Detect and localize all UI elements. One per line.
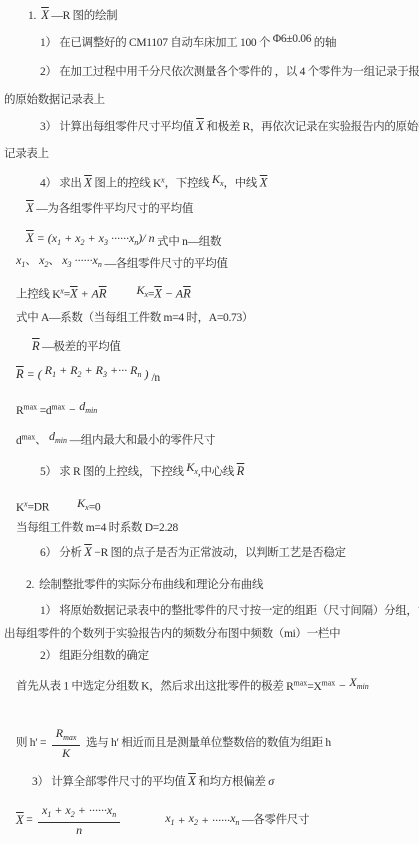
base-text: n — [76, 823, 82, 837]
superscript: max — [294, 678, 308, 687]
base-text: σ — [268, 774, 274, 788]
fraction-denominator: K — [62, 746, 70, 760]
base-text: 3） 计算全部零件尺寸的平均值 — [32, 776, 188, 788]
document-line: 当每组工件数 m=4 时系数 D=2.28 — [16, 521, 178, 536]
math-segment: = ( — [34, 231, 52, 245]
math-segment: +··· — [107, 363, 130, 377]
base-text: —为各组零件平均尺寸的平均值 — [34, 203, 193, 215]
base-text: X — [26, 231, 34, 245]
superscript: max — [23, 402, 37, 411]
overline-term: X — [41, 8, 49, 22]
base-text: 2） 组距分组数的确定 — [40, 650, 149, 662]
document-line: 1） 在已调整好的 CM1107 自动车床加工 100 个 Φ6±0.06 的轴 — [40, 36, 336, 51]
text-segment: =Xmax — [307, 681, 335, 693]
text-segment: 1） 在已调整好的 CM1107 自动车床加工 100 个 — [40, 37, 273, 49]
spacer — [123, 820, 165, 821]
overline-term: X — [196, 119, 204, 133]
base-text: − — [162, 287, 176, 301]
document-line: 出每组零件的个数列于实验报告内的频数分布图中频数（mi）一栏中 — [4, 627, 340, 642]
base-text: 、 — [25, 255, 39, 267]
base-text: + — [85, 231, 99, 245]
math-segment: x2 — [189, 811, 198, 830]
math-segment: R1 — [45, 363, 56, 377]
base-text: A — [176, 287, 183, 301]
base-text: + — [82, 363, 96, 377]
text-segment: 3） 计算全部零件尺寸的平均值 — [32, 776, 188, 788]
document-line: 2） 在加工过程中用千分尺依次测量各个零件的 ，以 4 个零件为一组记录于报告内 — [40, 65, 419, 80]
base-text: Φ6±0.06 — [273, 33, 312, 45]
math-segment: dmin — [79, 399, 97, 413]
document-line: 4） 求出 X 图上的控线 Kx，下控线 Kx，中线 X — [40, 172, 267, 195]
math-segment: + — [51, 803, 65, 817]
base-text: + ······ — [198, 813, 230, 827]
document-line: 3） 计算全部零件尺寸的平均值 X 和均方根偏差 σ — [32, 774, 274, 790]
text-segment: —为各组零件平均尺寸的平均值 — [34, 203, 193, 215]
text-segment: 2） 在加工过程中用千分尺依次测量各个零件的 ，以 4 个零件为一组记录于报告内 — [40, 66, 419, 78]
text-segment: 2） 组距分组数的确定 — [40, 650, 149, 662]
base-text: 的轴 — [311, 37, 336, 49]
base-text: 和均方根偏差 — [196, 776, 268, 788]
text-segment: 和均方根偏差 — [196, 776, 268, 788]
base-text: A — [91, 287, 98, 301]
base-text: + — [51, 803, 65, 817]
document-line: 6） 分析 X −R 图的点子是否为正常波动，以判断工艺是否稳定 — [40, 545, 346, 561]
text-segment: 式中 A—系数（当每组工件数 m=4 时，A=0.73） — [16, 312, 253, 324]
math-segment: + ······ — [75, 803, 107, 817]
math-segment: x2 — [65, 803, 74, 817]
text-segment: =DR — [28, 502, 50, 514]
subscript: max — [63, 733, 76, 742]
document-line: R = ( R1 + R2 + R3 +··· Rn ) /n — [16, 367, 160, 386]
text-segment: —极差的平均值 — [40, 341, 121, 353]
document-line: R —极差的平均值 — [32, 339, 121, 355]
text-segment: 1. — [28, 10, 41, 22]
math-segment: = ( — [24, 367, 45, 381]
base-text: R — [96, 363, 103, 377]
overline-term: X — [84, 545, 92, 559]
base-text: 6） 分析 — [40, 547, 84, 559]
math-segment: A — [91, 287, 98, 301]
overline-term: R — [32, 339, 40, 353]
text-segment: 3） 计算出每组零件尺寸平均值 — [40, 121, 196, 133]
base-text: X — [84, 176, 92, 190]
text-segment: 首先从表 1 中选定分组数 K，然后求出这批零件的极差 — [16, 681, 286, 693]
text-segment: 式中 n—组数 — [155, 236, 222, 248]
text-segment: ，中线 — [224, 178, 260, 190]
math-segment: x1 — [42, 803, 51, 817]
base-text: 首先从表 1 中选定分组数 K，然后求出这批零件的极差 — [16, 681, 286, 693]
base-text: X — [16, 813, 24, 827]
subscript: min — [85, 406, 97, 415]
fraction-numerator: Rmax — [52, 727, 81, 746]
base-text: K — [62, 746, 70, 760]
document-line: 的原始数据记录表上 — [4, 93, 105, 108]
text-segment: —组内最大和最小的零件尺寸 — [67, 435, 215, 447]
text-segment: 1） 将原始数据记录表中的整批零件的尺寸按一定的组距（尺寸间隔）分组，计算 — [40, 605, 419, 617]
base-text: 则 h′ = — [16, 737, 49, 749]
text-segment: 上控线 — [16, 289, 52, 301]
base-text: X — [349, 675, 356, 689]
base-text: R — [183, 287, 191, 301]
overline-term: X — [16, 813, 24, 828]
base-text: K — [212, 172, 220, 186]
math-segment: x2 — [75, 231, 84, 245]
base-text: 图上的控线 — [92, 178, 153, 190]
base-text: =DR — [28, 502, 50, 514]
document-line: 1） 将原始数据记录表中的整批零件的尺寸按一定的组距（尺寸间隔）分组，计算 — [40, 604, 419, 619]
overline-term: R — [16, 367, 24, 381]
base-text: +··· — [107, 363, 130, 377]
text-segment: 、 — [48, 255, 62, 267]
base-text: K — [16, 502, 24, 514]
base-text: X — [41, 8, 49, 22]
math-segment: + — [82, 363, 96, 377]
math-segment: x1 — [16, 253, 25, 267]
document-line: 上控线 Kx=X + ARKx=X − AR — [16, 283, 191, 306]
document-line: x1、 x2、 x3 ······xn —各组零件尺寸的平均值 — [16, 253, 228, 272]
math-segment: + — [85, 231, 99, 245]
subscript: x — [144, 290, 148, 299]
math-segment: + — [61, 231, 75, 245]
text-segment: 和极差 R，再依次记录在实验报告内的原始数据 — [204, 121, 419, 133]
base-text: 出每组零件的个数列于实验报告内的频数分布图中频数（mi）一栏中 — [4, 628, 340, 640]
text-segment: 选与 h′ 相近而且是测量单位整数倍的数值为组距 h — [83, 736, 330, 751]
base-text: K — [52, 289, 60, 301]
base-text: =d — [37, 405, 51, 417]
base-text: ······ — [108, 231, 129, 245]
overline-term: R — [237, 464, 245, 478]
math-segment: − — [335, 679, 349, 693]
text-segment: Rmax — [16, 405, 37, 417]
subscript: x — [194, 467, 198, 476]
text-segment: —各零件尺寸 — [239, 813, 309, 828]
math-segment: σ — [268, 774, 274, 788]
base-text: 5） 求 R 图的上控线，下控线 — [40, 466, 186, 478]
math-segment: Rmax — [56, 726, 77, 740]
text-segment: 图上的控线 — [92, 178, 153, 190]
math-segment: n — [76, 823, 82, 837]
base-text: = ( — [24, 367, 45, 381]
text-segment: —各组零件尺寸的平均值 — [102, 258, 228, 270]
overline-term: X — [84, 176, 92, 190]
base-text: R — [286, 681, 293, 693]
document-line: 5） 求 R 图的上控线，下控线 Kx,中心线 R — [40, 464, 244, 483]
superscript: max — [322, 678, 336, 687]
text-segment: ,中心线 — [198, 466, 237, 478]
text-segment: Kx — [16, 502, 28, 514]
document-line: 2. 绘制整批零件的实际分布曲线和理论分布曲线 — [26, 578, 263, 593]
base-text: 、 — [48, 255, 62, 267]
base-text: ······ — [72, 253, 93, 267]
text-segment: dmax — [16, 435, 35, 447]
document-line: 记录表上 — [4, 147, 49, 162]
math-segment: xn — [93, 253, 102, 267]
text-segment: —R 图的绘制 — [49, 10, 118, 22]
text-segment: 、 — [25, 255, 39, 267]
math-segment: ······ — [108, 231, 129, 245]
overline-term: X — [154, 287, 162, 301]
base-text: 的原始数据记录表上 — [4, 94, 105, 106]
document-line: X = (x1 + x2 + x3 ······xn)/ n 式中 n—组数 — [26, 231, 221, 250]
text-segment: ，下控线 — [165, 178, 212, 190]
base-text: 2. 绘制整批零件的实际分布曲线和理论分布曲线 — [26, 579, 263, 591]
base-text: 、 — [35, 435, 49, 447]
superscript: max — [51, 402, 65, 411]
base-text: K — [153, 178, 161, 190]
math-segment: )/ n — [138, 231, 154, 245]
base-text: X — [70, 287, 78, 301]
math-segment: + — [175, 813, 189, 828]
math-segment: xn — [230, 811, 239, 830]
base-text: − — [335, 679, 349, 693]
overline-term: R — [183, 287, 191, 301]
base-text: —各组零件尺寸的平均值 — [102, 258, 228, 270]
base-text: /n — [151, 372, 159, 384]
text-segment: 当每组工件数 m=4 时系数 D=2.28 — [16, 522, 178, 534]
base-text: X — [196, 119, 204, 133]
base-text: ，下控线 — [165, 178, 212, 190]
document-line: 式中 A—系数（当每组工件数 m=4 时，A=0.73） — [16, 311, 253, 326]
base-text: 1. — [28, 10, 41, 22]
base-text: ,中心线 — [198, 466, 237, 478]
math-segment: Rn — [130, 363, 141, 377]
math-segment: x1 — [165, 811, 174, 830]
text-segment: 的原始数据记录表上 — [4, 94, 105, 106]
overline-term: R — [99, 287, 107, 301]
overline-term: X — [26, 201, 34, 215]
math-segment: ······ — [72, 253, 93, 267]
text-segment: 则 h′ = — [16, 736, 49, 751]
spacer — [49, 510, 77, 511]
base-text: + — [175, 813, 189, 827]
base-text: =X — [307, 681, 321, 693]
fraction-numerator: x1 + x2 + ······xn — [38, 804, 120, 823]
base-text: 2） 在加工过程中用千分尺依次测量各个零件的 ，以 4 个零件为一组记录于报告内 — [40, 66, 419, 78]
text-segment: = — [24, 813, 35, 828]
math-segment: + — [78, 287, 92, 301]
math-segment: x3 — [62, 253, 71, 267]
superscript: max — [21, 432, 35, 441]
math-segment: R2 — [70, 363, 81, 377]
text-segment: =0 — [89, 502, 101, 514]
text-segment: /n — [151, 372, 159, 384]
document-line: 2） 组距分组数的确定 — [40, 649, 149, 664]
text-segment: 记录表上 — [4, 148, 49, 160]
text-segment: 5） 求 R 图的上控线，下控线 — [40, 466, 186, 478]
base-text: X — [26, 201, 34, 215]
fraction-denominator: n — [76, 823, 82, 837]
subscript: min — [55, 436, 67, 445]
math-segment: Kx — [136, 283, 148, 297]
subscript: n — [112, 810, 116, 819]
base-text: R — [45, 363, 52, 377]
base-text: + — [56, 363, 70, 377]
math-segment: + — [56, 363, 70, 377]
math-segment: xn — [129, 231, 138, 245]
math-segment: + ······ — [198, 813, 230, 828]
math-segment: R3 — [96, 363, 107, 377]
base-text: R — [70, 363, 77, 377]
base-text: R — [16, 367, 24, 381]
base-text: = ( — [34, 231, 52, 245]
base-text: + — [61, 231, 75, 245]
text-segment: Kx — [153, 178, 165, 190]
document-line: 3） 计算出每组零件尺寸平均值 X 和极差 R，再依次记录在实验报告内的原始数据 — [40, 119, 419, 135]
document-line: Kx=DRKx=0 — [16, 496, 100, 519]
math-segment: ) — [141, 367, 151, 381]
text-segment: Φ6±0.06 — [273, 33, 312, 45]
document-line: X —为各组零件平均尺寸的平均值 — [26, 201, 193, 217]
math-segment: A — [176, 287, 183, 301]
base-text: 记录表上 — [4, 148, 49, 160]
base-text: 式中 n—组数 — [155, 236, 222, 248]
math-segment: Xmin — [349, 675, 368, 689]
fraction: RmaxK — [52, 727, 81, 760]
overline-term: X — [26, 231, 34, 245]
fraction: x1 + x2 + ······xnn — [38, 804, 120, 837]
base-text: 上控线 — [16, 289, 52, 301]
math-segment: x1 — [52, 231, 61, 245]
document-line: Rmax =dmax − dmin — [16, 399, 97, 422]
base-text: —各零件尺寸 — [239, 814, 309, 826]
text-segment: 出每组零件的个数列于实验报告内的频数分布图中频数（mi）一栏中 — [4, 628, 340, 640]
subscript: n — [137, 370, 141, 379]
text-segment: 、 — [35, 435, 49, 447]
base-text: 1） 在已调整好的 CM1107 自动车床加工 100 个 — [40, 37, 273, 49]
base-text: −R 图的点子是否为正常波动，以判断工艺是否稳定 — [92, 547, 346, 559]
text-segment: =dmax — [37, 405, 65, 417]
base-text: 选与 h′ 相近而且是测量单位整数倍的数值为组距 h — [83, 737, 330, 749]
math-segment: − — [65, 403, 79, 417]
base-text: X — [188, 774, 196, 788]
document-line: X = x1 + x2 + ······xnnx1 + x2 + ······x… — [16, 804, 309, 837]
subscript: min — [357, 682, 369, 691]
base-text: ，中线 — [224, 178, 260, 190]
document-page: 1. X —R 图的绘制1） 在已调整好的 CM1107 自动车床加工 100 … — [0, 0, 419, 844]
base-text: 1） 将原始数据记录表中的整批零件的尺寸按一定的组距（尺寸间隔）分组，计算 — [40, 605, 419, 617]
base-text: + ······ — [75, 803, 107, 817]
text-segment: 2. 绘制整批零件的实际分布曲线和理论分布曲线 — [26, 579, 263, 591]
base-text: 4） 求出 — [40, 178, 84, 190]
math-segment: x3 — [99, 231, 108, 245]
base-text: =0 — [89, 502, 101, 514]
base-text: 和极差 R，再依次记录在实验报告内的原始数据 — [204, 121, 419, 133]
math-segment: Kx — [186, 460, 198, 474]
document-line: dmax、 dmin —组内最大和最小的零件尺寸 — [16, 429, 215, 452]
base-text: X — [154, 287, 162, 301]
overline-term: X — [70, 287, 78, 301]
text-segment: 6） 分析 — [40, 547, 84, 559]
subscript: x — [220, 179, 224, 188]
base-text: K — [77, 496, 85, 510]
base-text: —极差的平均值 — [40, 341, 121, 353]
text-segment: −R 图的点子是否为正常波动，以判断工艺是否稳定 — [92, 547, 346, 559]
base-text: 式中 A—系数（当每组工件数 m=4 时，A=0.73） — [16, 312, 253, 324]
base-text: − — [65, 403, 79, 417]
base-text: X — [260, 176, 268, 190]
document-line: 首先从表 1 中选定分组数 K，然后求出这批零件的极差 Rmax=Xmax − … — [16, 675, 369, 698]
base-text: = — [24, 814, 35, 826]
base-text: ) — [141, 367, 151, 381]
math-segment: xn — [107, 803, 116, 817]
base-text: R — [237, 464, 245, 478]
text-segment: Kx — [52, 289, 64, 301]
document-line: 1. X —R 图的绘制 — [28, 8, 117, 24]
base-text: + — [78, 287, 92, 301]
base-text: —组内最大和最小的零件尺寸 — [67, 435, 215, 447]
spacer — [106, 297, 136, 298]
base-text: R — [32, 339, 40, 353]
base-text: R — [99, 287, 107, 301]
text-segment: 的轴 — [311, 37, 336, 49]
base-text: 3） 计算出每组零件尺寸平均值 — [40, 121, 196, 133]
math-segment: dmin — [49, 429, 67, 443]
overline-term: X — [260, 176, 268, 190]
base-text: )/ n — [138, 231, 154, 245]
subscript: x — [85, 503, 89, 512]
base-text: —R 图的绘制 — [49, 10, 118, 22]
text-segment: 4） 求出 — [40, 178, 84, 190]
document-line: 则 h′ = RmaxK 选与 h′ 相近而且是测量单位整数倍的数值为组距 h — [16, 727, 331, 760]
math-segment: Kx — [77, 496, 89, 510]
math-segment: K — [62, 746, 70, 760]
base-text: X — [84, 545, 92, 559]
math-segment: Kx — [212, 172, 224, 186]
text-segment: Rmax — [286, 681, 307, 693]
base-text: 当每组工件数 m=4 时系数 D=2.28 — [16, 522, 178, 534]
overline-term: X — [188, 774, 196, 788]
math-segment: − — [162, 287, 176, 301]
